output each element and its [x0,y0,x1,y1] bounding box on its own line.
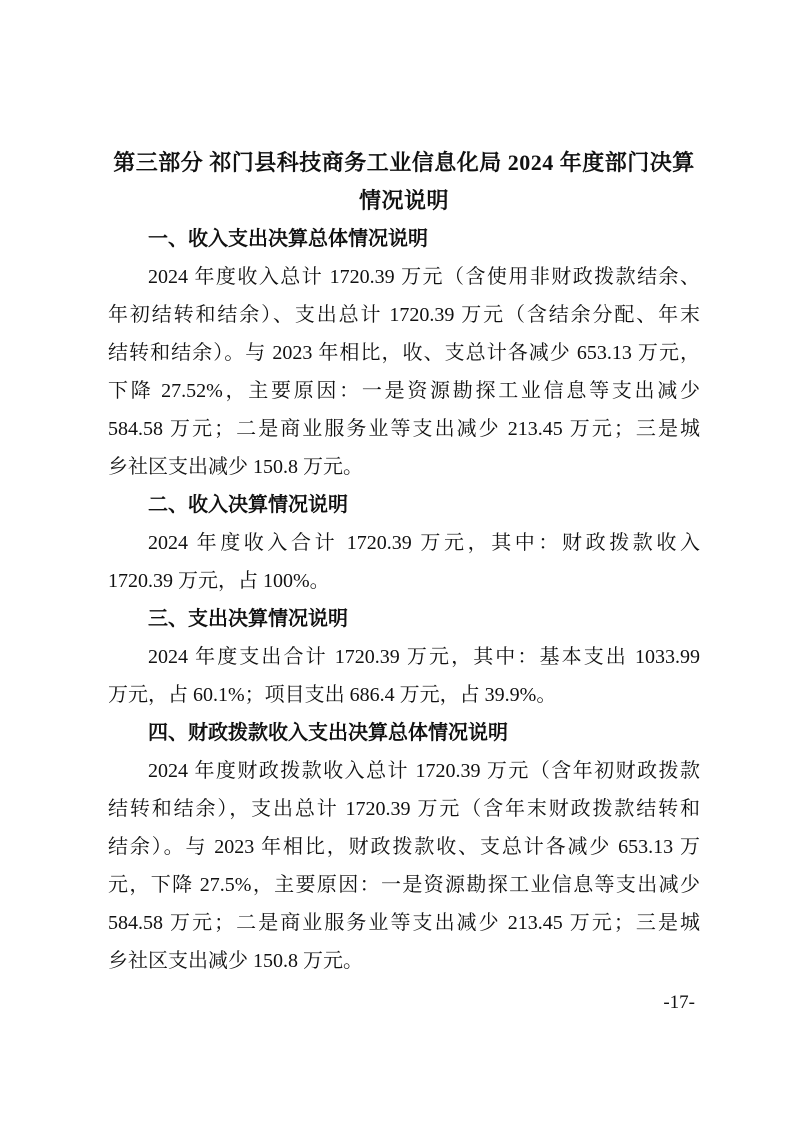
section-heading: 二、收入决算情况说明 [108,486,700,524]
paragraph-line: 结转和结余），支出总计 1720.39 万元（含年末财政拨款结转和 [108,790,700,828]
paragraph-line: 2024 年度收入合计 1720.39 万元，其中：财政拨款收入 [108,524,700,562]
paragraph-line: 乡社区支出减少 150.8 万元。 [108,942,700,980]
section-heading: 一、收入支出决算总体情况说明 [108,220,700,258]
paragraph-line: 结余）。与 2023 年相比，财政拨款收、支总计各减少 653.13 万 [108,828,700,866]
paragraph-line: 584.58 万元；二是商业服务业等支出减少 213.45 万元；三是城 [108,410,700,448]
paragraph-line: 年初结转和结余）、支出总计 1720.39 万元（含结余分配、年末 [108,296,700,334]
document-content: 第三部分 祁门县科技商务工业信息化局 2024 年度部门决算 情况说明 一、收入… [108,144,700,980]
paragraph-line: 584.58 万元；二是商业服务业等支出减少 213.45 万元；三是城 [108,904,700,942]
paragraph-line: 元，下降 27.5%，主要原因：一是资源勘探工业信息等支出减少 [108,866,700,904]
section-heading: 四、财政拨款收入支出决算总体情况说明 [108,714,700,752]
document-title-line-2: 情况说明 [108,182,700,220]
paragraph-line: 结转和结余）。与 2023 年相比，收、支总计各减少 653.13 万元， [108,334,700,372]
paragraph-line: 下降 27.52%，主要原因：一是资源勘探工业信息等支出减少 [108,372,700,410]
paragraph-line: 万元，占 60.1%；项目支出 686.4 万元，占 39.9%。 [108,676,700,714]
paragraph-line: 乡社区支出减少 150.8 万元。 [108,448,700,486]
paragraph-line: 2024 年度支出合计 1720.39 万元，其中：基本支出 1033.99 [108,638,700,676]
document-title-line-1: 第三部分 祁门县科技商务工业信息化局 2024 年度部门决算 [108,144,700,182]
paragraph-line: 2024 年度财政拨款收入总计 1720.39 万元（含年初财政拨款 [108,752,700,790]
paragraph-line: 1720.39 万元，占 100%。 [108,562,700,600]
page-number: -17- [663,988,695,1018]
document-sections: 一、收入支出决算总体情况说明2024 年度收入总计 1720.39 万元（含使用… [108,220,700,980]
document-page: 第三部分 祁门县科技商务工业信息化局 2024 年度部门决算 情况说明 一、收入… [0,0,793,1122]
section-heading: 三、支出决算情况说明 [108,600,700,638]
paragraph-line: 2024 年度收入总计 1720.39 万元（含使用非财政拨款结余、 [108,258,700,296]
